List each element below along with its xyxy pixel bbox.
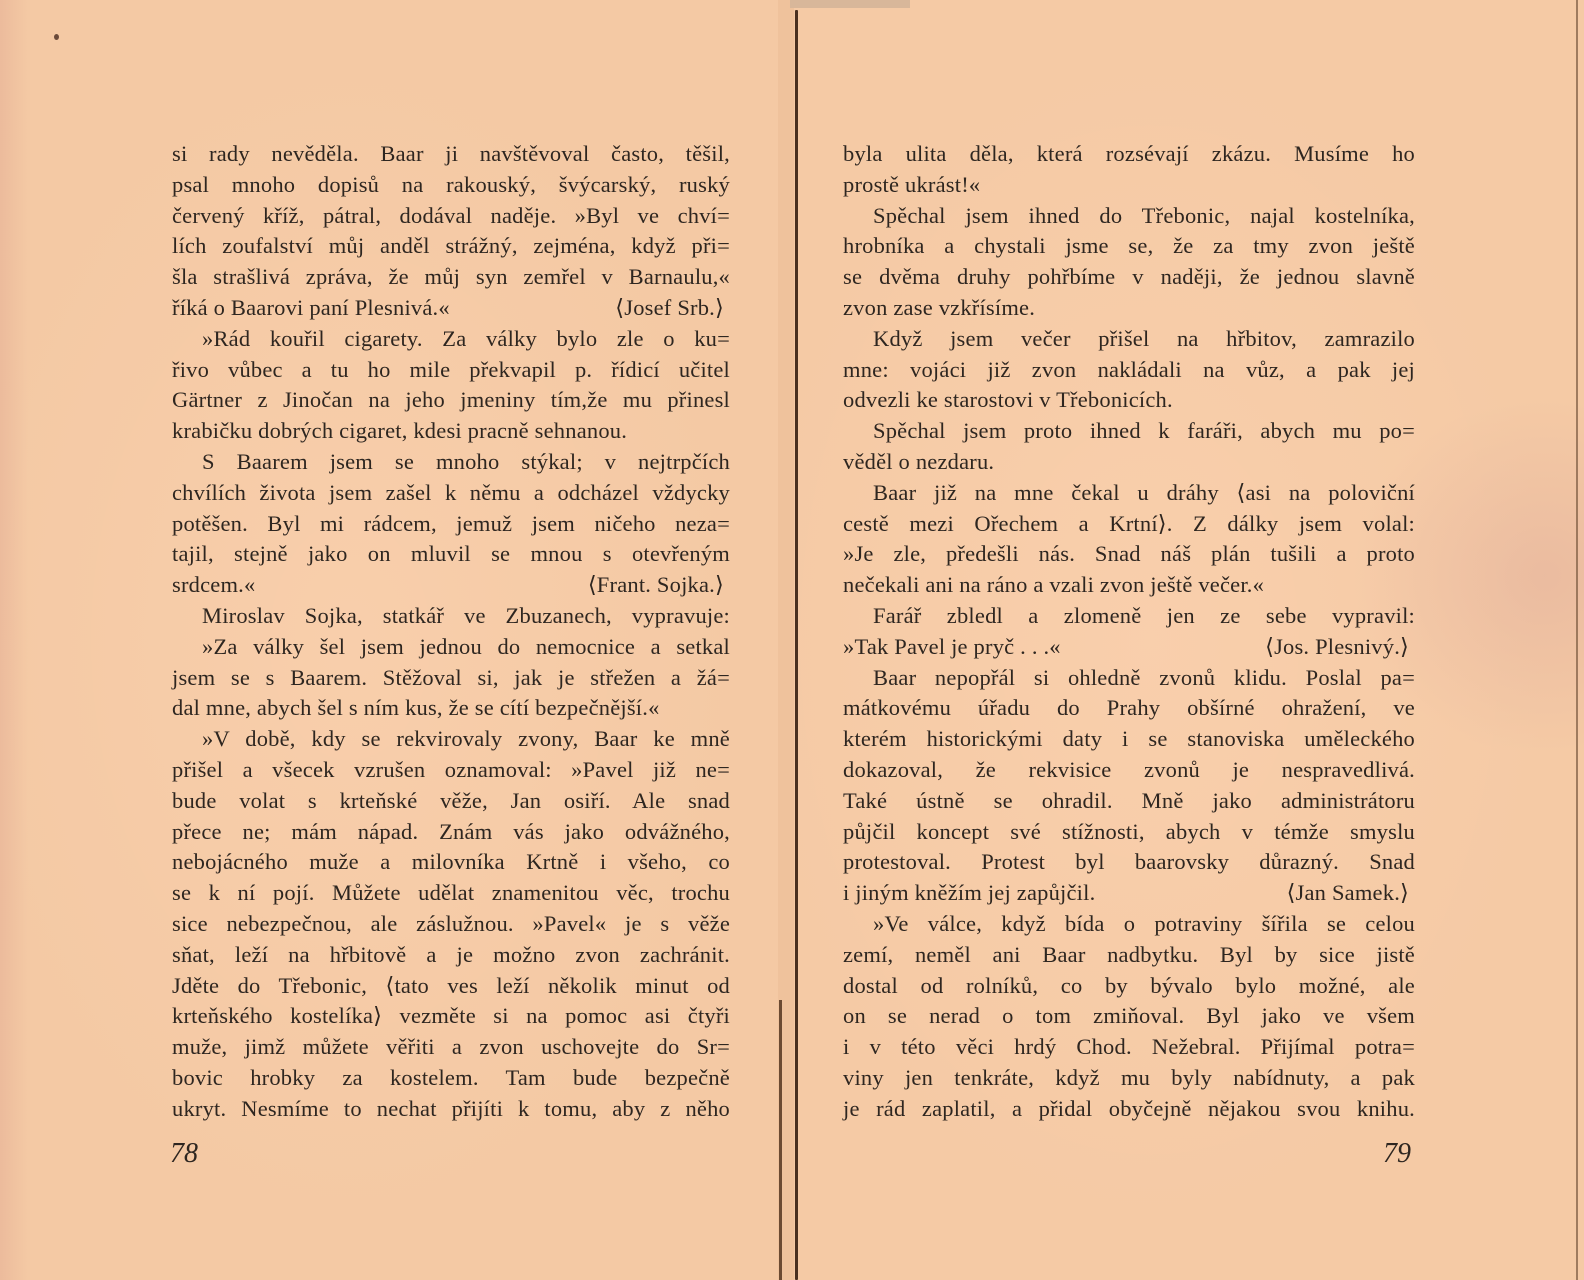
text-line: říká o Baarovi paní Plesnivá.«⟨Josef Srb…: [172, 293, 730, 324]
text-line: je rád zaplatil, a přidal obyčejně nějak…: [843, 1094, 1415, 1125]
text-line: »Tak Pavel je pryč . . .«⟨Jos. Plesnivý.…: [843, 632, 1415, 663]
text-line: »Je zle, předešli nás. Snad náš plán tuš…: [843, 539, 1415, 570]
text-line: kterém historickými daty i se stanoviska…: [843, 724, 1415, 755]
text-line: přišel a všecek vzrušen oznamoval: »Pave…: [172, 755, 730, 786]
text-line: Spěchal jsem ihned do Třebonic, najal ko…: [843, 201, 1415, 232]
book-spread: si rady nevěděla. Baar ji navštěvoval ča…: [0, 0, 1584, 1280]
spine-crease: [795, 10, 798, 1280]
text-line: »V době, kdy se rekvirovaly zvony, Baar …: [172, 724, 730, 755]
attribution: ⟨Jos. Plesnivý.⟩: [1265, 632, 1409, 663]
text-line: odvezli ke starostovi v Třebonicích.: [843, 385, 1415, 416]
page-number-right: 79: [1383, 1138, 1411, 1170]
text-line: on se nerad o tom zmiňoval. Byl jako ve …: [843, 1001, 1415, 1032]
text-line: dokazoval, že rekvisice zvonů je nesprav…: [843, 755, 1415, 786]
text-line-content: říká o Baarovi paní Plesnivá.«: [172, 293, 450, 324]
text-line: S Baarem jsem se mnoho stýkal; v nejtrpč…: [172, 447, 730, 478]
text-line: dal mne, abych šel s ním kus, že se cítí…: [172, 693, 730, 724]
text-line: »Za války šel jsem jednou do nemocnice a…: [172, 632, 730, 663]
text-line: nebojácného muže a milovníka Krtně i vše…: [172, 847, 730, 878]
text-line: řivo vůbec a tu ho mile překvapil p. říd…: [172, 355, 730, 386]
page-edge-shadow: [779, 1000, 782, 1280]
attribution: ⟨Josef Srb.⟩: [615, 293, 724, 324]
text-line: věděl o nezdaru.: [843, 447, 1415, 478]
text-line: hrobníka a chystali jsme se, že za tmy z…: [843, 231, 1415, 262]
text-line: sňat, leží na hřbitově a je možno zvon z…: [172, 940, 730, 971]
text-line: zvon zase vzkřísíme.: [843, 293, 1415, 324]
attribution: ⟨Frant. Sojka.⟩: [588, 570, 724, 601]
text-line-content: »Tak Pavel je pryč . . .«: [843, 632, 1061, 663]
text-line: půjčil koncept své stížnosti, abych v té…: [843, 817, 1415, 848]
text-line: červený kříž, pátral, dodával naděje. »B…: [172, 201, 730, 232]
text-line: Gärtner z Jinočan na jeho jmeniny tím,že…: [172, 385, 730, 416]
text-line: Také ústně se ohradil. Mně jako administ…: [843, 786, 1415, 817]
text-line: Když jsem večer přišel na hřbitov, zamra…: [843, 324, 1415, 355]
text-line: prostě ukrást!«: [843, 170, 1415, 201]
text-line: mne: vojáci již zvon nakládali na vůz, a…: [843, 355, 1415, 386]
text-line: jsem se s Baarem. Stěžoval si, jak je st…: [172, 663, 730, 694]
text-line: se k ní pojí. Můžete udělat znamenitou v…: [172, 878, 730, 909]
text-line: lích zoufalství můj anděl strážný, zejmé…: [172, 231, 730, 262]
right-page-body-text: byla ulita děla, která rozsévají zkázu. …: [843, 139, 1415, 1125]
text-line: mátkovému úřadu do Prahy obšírné ohražen…: [843, 693, 1415, 724]
text-line: si rady nevěděla. Baar ji navštěvoval ča…: [172, 139, 730, 170]
page-number-left: 78: [170, 1138, 198, 1170]
text-line: dostal od rolníků, co by bývalo bylo mož…: [843, 971, 1415, 1002]
left-page-body-text: si rady nevěděla. Baar ji navštěvoval ča…: [172, 139, 730, 1125]
text-line: zemí, neměl ani Baar nadbytku. Byl by si…: [843, 940, 1415, 971]
text-line: sice nebezpečnou, ale záslužnou. »Pavel«…: [172, 909, 730, 940]
text-line: muže, jimž můžete věřiti a zvon uschovej…: [172, 1032, 730, 1063]
text-line: Jděte do Třebonic, ⟨tato ves leží několi…: [172, 971, 730, 1002]
text-line: cestě mezi Ořechem a Krtní⟩. Z dálky jse…: [843, 509, 1415, 540]
text-line: Baar nepopřál si ohledně zvonů klidu. Po…: [843, 663, 1415, 694]
text-line: krabičku dobrých cigaret, kdesi pracně s…: [172, 416, 730, 447]
text-line: protestoval. Protest byl baarovsky důraz…: [843, 847, 1415, 878]
text-line: srdcem.«⟨Frant. Sojka.⟩: [172, 570, 730, 601]
text-line: ukryt. Nesmíme to nechat přijíti k tomu,…: [172, 1094, 730, 1125]
text-line: i v této věci hrdý Chod. Nežebral. Přijí…: [843, 1032, 1415, 1063]
text-line: psal mnoho dopisů na rakouský, švýcarský…: [172, 170, 730, 201]
text-line: tajil, stejně jako on mluvil se mnou s o…: [172, 539, 730, 570]
paper-speck: [54, 34, 59, 40]
text-line: přece ne; mám nápad. Znám vás jako odváž…: [172, 817, 730, 848]
text-line: »Ve válce, když bída o potraviny šířila …: [843, 909, 1415, 940]
text-line: šla strašlivá zpráva, že můj syn zemřel …: [172, 262, 730, 293]
text-line: Farář zbledl a zlomeně jen ze sebe vypra…: [843, 601, 1415, 632]
text-line: se dvěma druhy pohřbíme v naději, že jed…: [843, 262, 1415, 293]
text-line: Miroslav Sojka, statkář ve Zbuzanech, vy…: [172, 601, 730, 632]
text-line: krteňského kostelíka⟩ vezměte si na pomo…: [172, 1001, 730, 1032]
text-line: Baar již na mne čekal u dráhy ⟨asi na po…: [843, 478, 1415, 509]
text-line: byla ulita děla, která rozsévají zkázu. …: [843, 139, 1415, 170]
right-page-edge: [1576, 0, 1578, 1280]
binding-top: [790, 0, 910, 8]
text-line-content: srdcem.«: [172, 570, 255, 601]
attribution: ⟨Jan Samek.⟩: [1287, 878, 1409, 909]
text-line: viny jen tenkráte, když mu byly nabídnut…: [843, 1063, 1415, 1094]
text-line: bovic hrobky za kostelem. Tam bude bezpe…: [172, 1063, 730, 1094]
text-line: chvílích života jsem zašel k němu a odch…: [172, 478, 730, 509]
text-line: i jiným kněžím jej zapůjčil.⟨Jan Samek.⟩: [843, 878, 1415, 909]
text-line: Spěchal jsem proto ihned k faráři, abych…: [843, 416, 1415, 447]
text-line-content: i jiným kněžím jej zapůjčil.: [843, 878, 1095, 909]
text-line: bude volat s krteňské věže, Jan osiří. A…: [172, 786, 730, 817]
text-line: nečekali ani na ráno a vzali zvon ještě …: [843, 570, 1415, 601]
text-line: potěšen. Byl mi rádcem, jemuž jsem ničeh…: [172, 509, 730, 540]
text-line: »Rád kouřil cigarety. Za války bylo zle …: [172, 324, 730, 355]
